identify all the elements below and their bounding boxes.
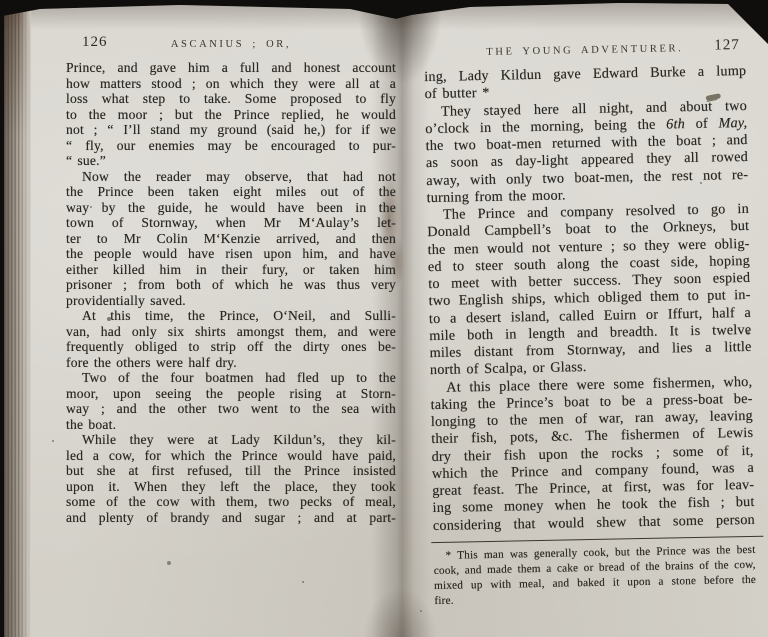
text-line: led a cow, for which the Prince would ha… (66, 448, 396, 464)
paragraph: At this time, the Prince, O‘Neil, and Su… (66, 308, 396, 370)
text-line: the boat. (66, 417, 396, 433)
page-number-left: 126 (82, 34, 108, 51)
page-number-right: 127 (714, 37, 740, 54)
text-segment: of (685, 115, 719, 132)
text-line: way ; and the other two went to the sea … (66, 401, 396, 417)
text-line: either killed him in their fury, or take… (66, 262, 396, 278)
paragraph: The Prince and company resolved to go in… (427, 201, 752, 380)
running-header-left: ASCANIUS ; OR, (66, 34, 396, 50)
text-line: town of Stornway, when Mr M‘Aulay’s let- (66, 215, 396, 231)
text-line: “ fly, our enemies may be encouraged to … (66, 138, 396, 154)
text-line: and plenty of brandy and sugar ; and at … (66, 510, 396, 526)
text-line: way by the guide, he would have been in … (66, 200, 396, 216)
text-line: moor, upon seeing the people rising at S… (66, 386, 396, 402)
text-line: van, had only six shirts amongst them, a… (66, 324, 396, 340)
page-header-right: THE YOUNG ADVENTURER. 127 (424, 37, 746, 65)
text-line: “ sue.” (66, 153, 396, 169)
text-line: frequently obliged to strip off the dirt… (66, 339, 396, 355)
paragraph: Prince, and gave him a full and honest a… (66, 60, 396, 169)
text-line: ter to Mr Colin M‘Kenzie arrived, and th… (66, 231, 396, 247)
text-line: not ; “ I’ll stand my ground (said he,) … (66, 122, 396, 138)
running-header-right: THE YOUNG ADVENTURER. (424, 37, 746, 59)
text-line: fore the others were half dry. (66, 355, 396, 371)
paragraph: They stayed here all night, and about tw… (425, 97, 749, 207)
page-header-left: 126 ASCANIUS ; OR, (66, 34, 396, 56)
page-body-left: Prince, and gave him a full and honest a… (66, 60, 396, 525)
text-line: some of the cow with them, two pecks of … (66, 494, 396, 510)
book-spread: 126 ASCANIUS ; OR, Prince, and gave him … (0, 0, 768, 637)
text-line: Prince, and gave him a full and honest a… (66, 60, 396, 76)
text-line: At this time, the Prince, O‘Neil, and Su… (66, 308, 396, 324)
text-line: but she at first refused, till the Princ… (66, 463, 396, 479)
text-line: loss what step to take. Some proposed to… (66, 91, 396, 107)
paragraph: Two of the four boatmen had fled up to t… (66, 370, 396, 432)
text-line: upon it. When they left the place, they … (66, 479, 396, 495)
page-right: THE YOUNG ADVENTURER. 127 ing, Lady Kild… (424, 37, 757, 609)
page-body-right: ing, Lady Kildun gave Edward Burke a lum… (424, 63, 755, 535)
text-line: prisoner ; from both of which he was thu… (66, 277, 396, 293)
paragraph: Now the reader may observe, that had not… (66, 169, 396, 309)
page-left: 126 ASCANIUS ; OR, Prince, and gave him … (66, 34, 396, 525)
footnote-text: * This man was generally cook, but the P… (433, 543, 756, 609)
paragraph: At this place there were some fishermen,… (430, 373, 755, 534)
italic-text: May, (718, 115, 747, 132)
book-fore-edge (4, 0, 31, 637)
text-line: how matters stood ; on which they were a… (66, 76, 396, 92)
footnote: * This man was generally cook, but the P… (433, 536, 756, 610)
footnote-rule (431, 535, 763, 543)
text-line: Now the reader may observe, that had not (66, 169, 396, 185)
text-line: Two of the four boatmen had fled up to t… (66, 370, 396, 386)
text-line: the Prince been taken eight miles out of… (66, 184, 396, 200)
text-line: the people would have risen upon him, an… (66, 246, 396, 262)
book-scan: 126 ASCANIUS ; OR, Prince, and gave him … (0, 0, 768, 637)
paragraph: While they were at Lady Kildun’s, they k… (66, 432, 396, 525)
text-line: While they were at Lady Kildun’s, they k… (66, 432, 396, 448)
italic-text: 6th (666, 116, 685, 132)
paper-specks (0, 0, 2, 2)
text-line: to the moor ; but the Prince replied, he… (66, 107, 396, 123)
text-line: providentially saved. (66, 293, 396, 309)
